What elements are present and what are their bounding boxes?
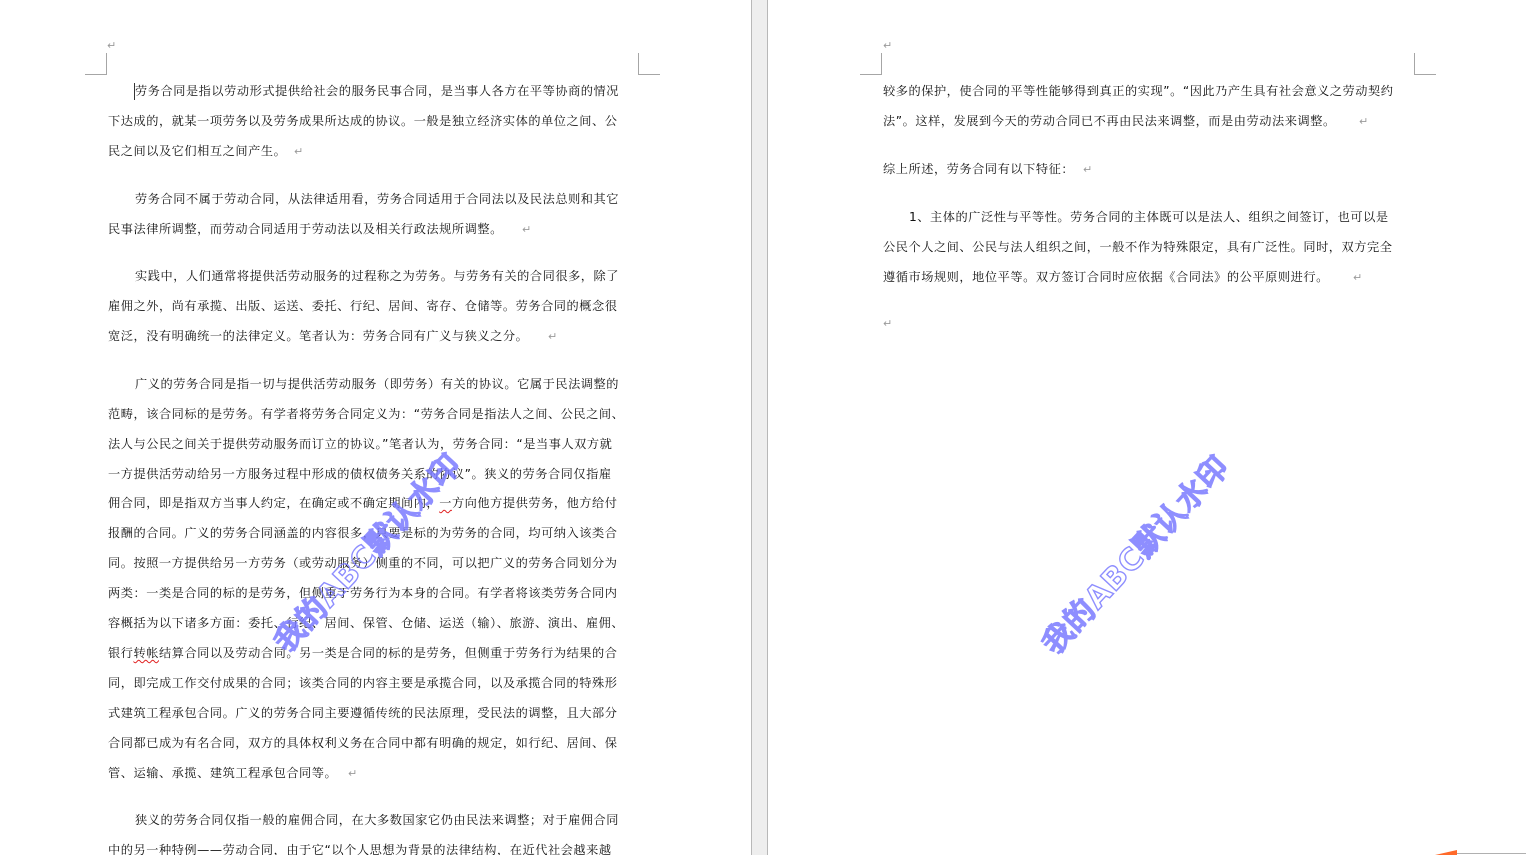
text-line: 公民个人之间、公民与法人组织之间，一般不作为特殊限定，具有广泛性。同时，双方完全 <box>883 239 1393 255</box>
spellcheck-flag[interactable]: 转帐 <box>133 646 158 660</box>
document-page-right[interactable]: ↵ 较多的保护，使合同的平等性能够得到真正的实现”。“因此乃产生具有社会意义之劳… <box>768 0 1526 855</box>
text-line: 广义的劳务合同是指一切与提供活劳动服务（即劳务）有关的协议。它属于民法调整的 <box>135 376 619 392</box>
paragraph-mark-icon: ↵ <box>522 224 531 236</box>
text-line: 综上所述，劳务合同有以下特征： <box>883 161 1074 177</box>
text-line: 宽泛，没有明确统一的法律定义。笔者认为：劳务合同有广义与狭义之分。 <box>108 328 528 344</box>
text-line: 合同都已成为有名合同，双方的具体权利义务在合同中都有明确的规定，如行纪、居间、保 <box>108 735 618 751</box>
text-line: 遵循市场规则，地位平等。双方签订合同时应依据《合同法》的公平原则进行。 <box>883 269 1329 285</box>
text-line: 民事法律所调整，而劳动合同适用于劳动法以及相关行政法规所调整。 <box>108 221 503 237</box>
text-line: 一方提供活劳动给另一方服务过程中形成的债权债务关系的协议”。狭义的劳务合同仅指雇 <box>108 466 612 482</box>
paragraph-mark-icon: ↵ <box>548 331 557 343</box>
text-line: 法”。这样，发展到今天的劳动合同已不再由民法来调整，而是由劳动法来调整。 <box>883 113 1336 129</box>
text-line: 较多的保护，使合同的平等性能够得到真正的实现”。“因此乃产生具有社会意义之劳动契… <box>883 83 1394 99</box>
text-line: 1、主体的广泛性与平等性。劳务合同的主体既可以是法人、组织之间签订，也可以是 <box>909 209 1389 225</box>
text-segment: 银行 <box>108 646 133 660</box>
text-line: 同，即完成工作交付成果的合同；该类合同的内容主要是承揽合同，以及承揽合同的特殊形 <box>108 675 618 691</box>
text-line: 管、运输、承揽、建筑工程承包合同等。 <box>108 765 337 781</box>
text-line: 佣合同，即是指双方当事人约定，在确定或不确定期间内，一方向他方提供劳务，他方给付 <box>108 495 618 511</box>
page-separator <box>751 0 768 855</box>
margin-corner-top-right <box>638 53 660 75</box>
text-line: 实践中，人们通常将提供活劳动服务的过程称之为劳务。与劳务有关的合同很多，除了 <box>135 268 619 284</box>
paragraph-mark-icon: ↵ <box>107 40 116 52</box>
margin-corner-top-left <box>85 53 107 75</box>
paragraph-mark-icon: ↵ <box>883 40 892 52</box>
text-line: 范畴，该合同标的是劳务。有学者将劳务合同定义为：“劳务合同是指法人之间、公民之间… <box>108 406 624 422</box>
margin-corner-top-left <box>860 53 882 75</box>
paragraph-mark-icon: ↵ <box>1353 272 1362 284</box>
text-line: 劳务合同是指以劳动形式提供给社会的服务民事合同，是当事人各方在平等协商的情况 <box>135 83 619 99</box>
empty-paragraph-mark-icon[interactable]: ↵ <box>883 318 892 330</box>
text-line: 狭义的劳务合同仅指一般的雇佣合同，在大多数国家它仍由民法来调整；对于雇佣合同 <box>135 812 619 828</box>
text-line: 下达成的，就某一项劳务以及劳务成果所达成的协议。一般是独立经济实体的单位之间、公 <box>108 113 618 129</box>
bottom-edge-divider <box>1457 853 1526 854</box>
text-line: 中的另一种特例——劳动合同，由于它“以个人思想为背景的法律结构，在近代社会越来越 <box>108 842 612 855</box>
paragraph-mark-icon: ↵ <box>1083 164 1092 176</box>
margin-corner-top-right <box>1414 53 1436 75</box>
text-line: 雇佣之外，尚有承揽、出版、运送、委托、行纪、居间、寄存、仓储等。劳务合同的概念很 <box>108 298 618 314</box>
text-segment: 方向他方提供劳务，他方给付 <box>452 496 618 510</box>
watermark: 我的ABC默认水印 <box>1030 444 1238 662</box>
document-page-left[interactable]: ↵ 劳务合同是指以劳动形式提供给社会的服务民事合同，是当事人各方在平等协商的情况… <box>0 0 751 855</box>
text-line: 容概括为以下诸多方面：委托、行纪、居间、保管、仓储、运送（输）、旅游、演出、雇佣… <box>108 615 624 631</box>
text-line: 式建筑工程承包合同。广义的劳务合同主要遵循传统的民法原理，受民法的调整，且大部分 <box>108 705 618 721</box>
text-line: 两类：一类是合同的标的是劳务，但侧重于劳务行为本身的合同。有学者将该类劳务合同内 <box>108 585 618 601</box>
text-line: 银行转帐结算合同以及劳动合同。另一类是合同的标的是劳务，但侧重于劳务行为结果的合 <box>108 645 618 661</box>
text-line: 劳务合同不属于劳动合同，从法律适用看，劳务合同适用于合同法以及民法总则和其它 <box>135 191 619 207</box>
text-segment: 结算合同以及劳动合同。另一类是合同的标的是劳务，但侧重于劳务行为结果的合 <box>159 646 618 660</box>
paragraph-mark-icon: ↵ <box>1359 116 1368 128</box>
text-line: 民之间以及它们相互之间产生。 <box>108 143 286 159</box>
text-line: 法人与公民之间关于提供劳动服务而订立的协议。”笔者认为，劳务合同：“是当事人双方… <box>108 436 612 452</box>
paragraph-mark-icon: ↵ <box>294 146 303 158</box>
paragraph-mark-icon: ↵ <box>348 768 357 780</box>
